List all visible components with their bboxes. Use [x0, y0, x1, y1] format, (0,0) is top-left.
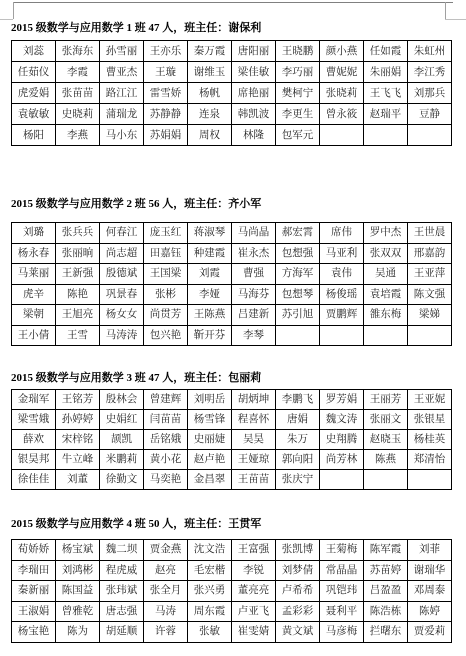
- student-name-cell: 李江秀: [408, 62, 452, 83]
- student-name-cell: 刘鸿彬: [56, 560, 100, 581]
- student-name-cell: 张敏: [188, 622, 232, 643]
- student-name-cell: 张玮斌: [100, 581, 144, 602]
- student-name-cell: 席艳丽: [232, 83, 276, 104]
- student-name-cell: 尚芳林: [320, 450, 364, 470]
- student-name-cell: 刘董: [56, 470, 100, 490]
- student-name-cell: 韩凯波: [232, 104, 276, 125]
- student-name-cell: 张苗苗: [56, 83, 100, 104]
- student-name-cell: 梁雪娥: [12, 410, 56, 430]
- student-name-cell: 唐娟: [276, 410, 320, 430]
- student-name-cell: 魏文涛: [320, 410, 364, 430]
- student-name-cell: 黄文斌: [276, 622, 320, 643]
- student-name-cell: 魏二坝: [100, 540, 144, 561]
- student-name-cell: 马涛: [144, 601, 188, 622]
- student-name-cell: [364, 325, 408, 346]
- student-name-cell: 虎辛: [12, 284, 56, 305]
- student-name-cell: 巩铠玮: [320, 581, 364, 602]
- student-name-cell: 刘蕊: [12, 41, 56, 62]
- student-name-cell: 朱万: [276, 430, 320, 450]
- student-name-cell: 卢亚飞: [232, 601, 276, 622]
- section-title: 2015 级数学与应用数学 1 班 47 人，班主任：谢保利: [11, 21, 452, 35]
- student-name-cell: 罗芳娟: [320, 390, 364, 410]
- student-name-cell: 陈为: [56, 622, 100, 643]
- table-row: 任茹仪李霞曹亚杰王璇谢维玉梁佳敏李巧丽曹妮妮朱丽娟李江秀: [12, 62, 452, 83]
- student-name-cell: 郝宏霄: [276, 223, 320, 244]
- student-name-cell: 王飞飞: [364, 83, 408, 104]
- student-name-cell: 包军元: [276, 125, 320, 146]
- student-name-cell: 贾金燕: [144, 540, 188, 561]
- student-name-cell: [408, 325, 452, 346]
- table-row: 虎辛陈艳巩景春张彬李娅马海芬包想琴杨俊瑶袁培霞陈文强: [12, 284, 452, 305]
- table-row: 杨宝艳陈为胡延顺许蓉张敏崔雯婧黄文斌马彦梅拦曙东贾爱莉: [12, 622, 452, 643]
- student-name-cell: 苏引旭: [276, 305, 320, 326]
- student-name-cell: 李琴: [232, 325, 276, 346]
- student-name-cell: 董亮亮: [232, 581, 276, 602]
- student-name-cell: 杨宝斌: [56, 540, 100, 561]
- student-name-cell: 尚贯芳: [144, 305, 188, 326]
- student-name-cell: 闫苗苗: [144, 410, 188, 430]
- student-name-cell: 雷雪娇: [144, 83, 188, 104]
- student-name-cell: 谢维玉: [188, 62, 232, 83]
- student-name-cell: 王陈燕: [188, 305, 232, 326]
- student-name-cell: 拦曙东: [364, 622, 408, 643]
- student-name-cell: 颉凯: [100, 430, 144, 450]
- student-name-cell: 程虎威: [100, 560, 144, 581]
- student-name-cell: 席伟: [320, 223, 364, 244]
- student-name-cell: 崔雯婧: [232, 622, 276, 643]
- student-name-cell: 胡延顺: [100, 622, 144, 643]
- student-name-cell: 陈婷: [408, 601, 452, 622]
- table-row: 虎爱娟张苗苗路江江雷雪娇杨帆席艳丽樊柯宁张晓莉王飞飞刘那兵: [12, 83, 452, 104]
- student-name-cell: 马海芬: [232, 284, 276, 305]
- student-name-cell: 张彬: [144, 284, 188, 305]
- table-row: 李瑞田刘鸿彬程虎威赵亮毛宏楷李锐刘梦倩常晶晶苏苗婷谢瑞华: [12, 560, 452, 581]
- student-name-cell: 唐志强: [100, 601, 144, 622]
- student-name-cell: 李瑞田: [12, 560, 56, 581]
- student-name-cell: 张海东: [56, 41, 100, 62]
- student-name-cell: 岳铭娥: [144, 430, 188, 450]
- student-name-cell: 杨雪锋: [188, 410, 232, 430]
- student-name-cell: 何春江: [100, 223, 144, 244]
- student-name-cell: 谢瑞华: [408, 560, 452, 581]
- student-name-cell: 马莱丽: [12, 264, 56, 285]
- student-name-cell: 史丽婕: [188, 430, 232, 450]
- student-name-cell: 史翔腾: [320, 430, 364, 450]
- section-title: 2015 级数学与应用数学 3 班 47 人，班主任：包丽莉: [11, 371, 452, 385]
- student-name-cell: 方海军: [276, 264, 320, 285]
- student-name-cell: 杨女女: [100, 305, 144, 326]
- student-name-cell: 王世晨: [408, 223, 452, 244]
- student-name-cell: 李更生: [276, 104, 320, 125]
- student-name-cell: 徐佳佳: [12, 470, 56, 490]
- student-name-cell: 樊柯宁: [276, 83, 320, 104]
- student-name-cell: 秦万霞: [188, 41, 232, 62]
- student-name-cell: 吕盈盈: [364, 581, 408, 602]
- student-name-cell: 虎爱娟: [12, 83, 56, 104]
- student-name-cell: 荀娇娇: [12, 540, 56, 561]
- student-name-cell: 朱虹州: [408, 41, 452, 62]
- page-frame-top: [13, 2, 453, 3]
- student-name-cell: 聂利平: [320, 601, 364, 622]
- student-name-cell: 王亚萍: [408, 264, 452, 285]
- table-row: 杨永春张丽晌尚志超田嘉钰种建霞崔永杰包想强马亚利张双双邢嘉韵: [12, 243, 452, 264]
- student-name-cell: 王晓鹏: [276, 41, 320, 62]
- student-name-cell: 田嘉钰: [144, 243, 188, 264]
- student-name-cell: [364, 125, 408, 146]
- class-section-4: 2015 级数学与应用数学 4 班 50 人，班主任：王贯军 荀娇娇杨宝斌魏二坝…: [11, 517, 452, 531]
- student-name-cell: 种建霞: [188, 243, 232, 264]
- student-name-cell: 王淑娟: [12, 601, 56, 622]
- student-name-cell: 金瑞军: [12, 390, 56, 410]
- student-name-cell: [408, 125, 452, 146]
- student-name-cell: 马亚利: [320, 243, 364, 264]
- student-name-cell: 张庆宁: [276, 470, 320, 490]
- student-name-cell: 米鹏莉: [100, 450, 144, 470]
- student-name-cell: 庞玉红: [144, 223, 188, 244]
- class-section-3: 2015 级数学与应用数学 3 班 47 人，班主任：包丽莉 金瑞军王铭芳殷林会…: [11, 371, 452, 385]
- student-name-cell: 包兴艳: [144, 325, 188, 346]
- table-row: 金瑞军王铭芳殷林会曾建辉刘明岳胡炳坤李鹏飞罗芳娟王丽芳王亚妮: [12, 390, 452, 410]
- page-frame-left: [13, 2, 14, 19]
- page-frame-left-mark: [0, 19, 13, 20]
- student-name-cell: 雒东梅: [364, 305, 408, 326]
- student-name-cell: 罗中杰: [364, 223, 408, 244]
- student-name-cell: 杨阳: [12, 125, 56, 146]
- student-name-cell: 卢希希: [276, 581, 320, 602]
- student-name-cell: 王娅琼: [232, 450, 276, 470]
- student-name-cell: 杨永春: [12, 243, 56, 264]
- student-name-cell: 王亚妮: [408, 390, 452, 410]
- student-name-cell: 梁娣: [408, 305, 452, 326]
- student-name-cell: 张双双: [364, 243, 408, 264]
- student-name-cell: 靳开芬: [188, 325, 232, 346]
- student-name-cell: 李锐: [232, 560, 276, 581]
- table-row: 银昊邦牛立峰米鹏莉黄小花赵卢艳王娅琼郭向阳尚芳林陈燕郑清怡: [12, 450, 452, 470]
- student-name-cell: 刘璐: [12, 223, 56, 244]
- student-name-cell: 崔永杰: [232, 243, 276, 264]
- student-name-cell: 殷德斌: [100, 264, 144, 285]
- student-name-cell: 张银星: [408, 410, 452, 430]
- student-name-cell: 王雪: [56, 325, 100, 346]
- student-name-cell: 颜小燕: [320, 41, 364, 62]
- student-name-cell: 程喜怀: [232, 410, 276, 430]
- student-name-cell: 赵卢艳: [188, 450, 232, 470]
- table-row: 王小倩王雪马涛涛包兴艳靳开芬李琴: [12, 325, 452, 346]
- table-row: 袁敏敏史晓莉蒲瑞龙苏静静连泉韩凯波李更生曾永筱赵瑞平豆静: [12, 104, 452, 125]
- student-name-cell: 曹亚杰: [100, 62, 144, 83]
- student-name-cell: 陈军霞: [364, 540, 408, 561]
- student-name-cell: 黄小花: [144, 450, 188, 470]
- student-name-cell: 贾鹏辉: [320, 305, 364, 326]
- student-name-cell: 周东霞: [188, 601, 232, 622]
- student-name-cell: 赵瑞平: [364, 104, 408, 125]
- student-name-cell: 刘霞: [188, 264, 232, 285]
- student-name-cell: 李鹏飞: [276, 390, 320, 410]
- student-name-cell: 秦新丽: [12, 581, 56, 602]
- student-name-cell: 李霞: [56, 62, 100, 83]
- student-name-cell: 陈文强: [408, 284, 452, 305]
- student-name-cell: [320, 325, 364, 346]
- student-name-cell: 李燕: [56, 125, 100, 146]
- student-name-cell: 王新强: [56, 264, 100, 285]
- student-name-cell: 豆静: [408, 104, 452, 125]
- table-row: 杨阳李燕马小东苏娟娟周权林隆包军元: [12, 125, 452, 146]
- student-name-cell: 郑清怡: [408, 450, 452, 470]
- student-name-cell: 银昊邦: [12, 450, 56, 470]
- student-name-cell: 金昌翠: [188, 470, 232, 490]
- student-name-cell: 王旭亮: [56, 305, 100, 326]
- table-row: 秦新丽陈国益张玮斌张全月张兴勇董亮亮卢希希巩铠玮吕盈盈邓周泰: [12, 581, 452, 602]
- student-name-cell: 吕建新: [232, 305, 276, 326]
- table-row: 薛欢宋梓铭颉凯岳铭娥史丽婕吴昊朱万史翔腾赵晓玉杨桂英: [12, 430, 452, 450]
- student-name-cell: 马奕艳: [144, 470, 188, 490]
- student-name-cell: 任如霞: [364, 41, 408, 62]
- student-name-cell: 王富强: [232, 540, 276, 561]
- student-name-cell: 薛欢: [12, 430, 56, 450]
- student-name-cell: 袁伟: [320, 264, 364, 285]
- student-name-cell: 宋梓铭: [56, 430, 100, 450]
- section-title: 2015 级数学与应用数学 2 班 56 人，班主任：齐小军: [11, 197, 452, 211]
- student-name-cell: 朱丽娟: [364, 62, 408, 83]
- student-name-cell: 马彦梅: [320, 622, 364, 643]
- student-name-cell: 史娟红: [100, 410, 144, 430]
- table-row: 刘璐张兵兵何春江庞玉红蒋淑琴马尚晶郝宏霄席伟罗中杰王世晨: [12, 223, 452, 244]
- student-name-cell: 路江江: [100, 83, 144, 104]
- student-name-cell: 吴通: [364, 264, 408, 285]
- student-name-cell: 陈浩栋: [364, 601, 408, 622]
- student-name-cell: 李娅: [188, 284, 232, 305]
- student-name-cell: 杨桂英: [408, 430, 452, 450]
- student-name-cell: 郭向阳: [276, 450, 320, 470]
- student-name-cell: 梁朝: [12, 305, 56, 326]
- student-name-cell: 包想强: [276, 243, 320, 264]
- student-name-cell: 王国梁: [144, 264, 188, 285]
- student-name-cell: 陈燕: [364, 450, 408, 470]
- student-name-cell: 张凯博: [276, 540, 320, 561]
- student-name-cell: 张兵兵: [56, 223, 100, 244]
- student-name-cell: 邢嘉韵: [408, 243, 452, 264]
- student-name-cell: 周权: [188, 125, 232, 146]
- table-row: 梁雪娥孙婷婷史娟红闫苗苗杨雪锋程喜怀唐娟魏文涛张丽文张银星: [12, 410, 452, 430]
- roster-table: 刘璐张兵兵何春江庞玉红蒋淑琴马尚晶郝宏霄席伟罗中杰王世晨杨永春张丽晌尚志超田嘉钰…: [11, 222, 452, 346]
- student-name-cell: 王丽芳: [364, 390, 408, 410]
- student-name-cell: 巩景春: [100, 284, 144, 305]
- student-name-cell: 刘梦倩: [276, 560, 320, 581]
- student-name-cell: 梁佳敏: [232, 62, 276, 83]
- student-name-cell: 曾建辉: [144, 390, 188, 410]
- student-name-cell: 任茹仪: [12, 62, 56, 83]
- student-name-cell: 殷林会: [100, 390, 144, 410]
- roster-table: 刘蕊张海东孙雪丽王亦乐秦万霞唐阳丽王晓鹏颜小燕任如霞朱虹州任茹仪李霞曹亚杰王璇谢…: [11, 40, 452, 146]
- student-name-cell: 苏静静: [144, 104, 188, 125]
- student-name-cell: 连泉: [188, 104, 232, 125]
- student-name-cell: 常晶晶: [320, 560, 364, 581]
- roster-table: 金瑞军王铭芳殷林会曾建辉刘明岳胡炳坤李鹏飞罗芳娟王丽芳王亚妮梁雪娥孙婷婷史娟红闫…: [11, 389, 452, 490]
- student-name-cell: 张丽文: [364, 410, 408, 430]
- student-name-cell: 张晓莉: [320, 83, 364, 104]
- student-name-cell: 曹妮妮: [320, 62, 364, 83]
- table-row: 刘蕊张海东孙雪丽王亦乐秦万霞唐阳丽王晓鹏颜小燕任如霞朱虹州: [12, 41, 452, 62]
- roster-table: 荀娇娇杨宝斌魏二坝贾金燕沈文浩王富强张凯博王菊梅陈军霞刘菲李瑞田刘鸿彬程虎威赵亮…: [11, 539, 452, 643]
- table-row: 徐佳佳刘董徐勤文马奕艳金昌翠王苗苗张庆宁: [12, 470, 452, 490]
- student-name-cell: 赵亮: [144, 560, 188, 581]
- student-name-cell: [364, 470, 408, 490]
- student-name-cell: [408, 470, 452, 490]
- student-name-cell: 邓周泰: [408, 581, 452, 602]
- student-name-cell: 马涛涛: [100, 325, 144, 346]
- student-name-cell: 陈艳: [56, 284, 100, 305]
- student-name-cell: 王璇: [144, 62, 188, 83]
- table-row: 梁朝王旭亮杨女女尚贯芳王陈燕吕建新苏引旭贾鹏辉雒东梅梁娣: [12, 305, 452, 326]
- student-name-cell: 许蓉: [144, 622, 188, 643]
- table-row: 马莱丽王新强殷德斌王国梁刘霞曹强方海军袁伟吴通王亚萍: [12, 264, 452, 285]
- student-name-cell: 曹强: [232, 264, 276, 285]
- student-name-cell: 马尚晶: [232, 223, 276, 244]
- student-name-cell: 牛立峰: [56, 450, 100, 470]
- student-name-cell: 李巧丽: [276, 62, 320, 83]
- student-name-cell: 张全月: [144, 581, 188, 602]
- student-name-cell: 蒲瑞龙: [100, 104, 144, 125]
- student-name-cell: 杨俊瑶: [320, 284, 364, 305]
- student-name-cell: 陈国益: [56, 581, 100, 602]
- student-name-cell: 杨宝艳: [12, 622, 56, 643]
- student-name-cell: 袁培霞: [364, 284, 408, 305]
- class-section-2: 2015 级数学与应用数学 2 班 56 人，班主任：齐小军 刘璐张兵兵何春江庞…: [11, 197, 452, 211]
- student-name-cell: [320, 470, 364, 490]
- student-name-cell: 尚志超: [100, 243, 144, 264]
- student-name-cell: 王菊梅: [320, 540, 364, 561]
- student-name-cell: 林隆: [232, 125, 276, 146]
- student-name-cell: 贾爱莉: [408, 622, 452, 643]
- student-name-cell: 刘菲: [408, 540, 452, 561]
- section-title: 2015 级数学与应用数学 4 班 50 人，班主任：王贯军: [11, 517, 452, 531]
- student-name-cell: 蒋淑琴: [188, 223, 232, 244]
- student-name-cell: [276, 325, 320, 346]
- student-name-cell: 吴昊: [232, 430, 276, 450]
- page-frame-right-mark: [445, 19, 466, 20]
- class-section-1: 2015 级数学与应用数学 1 班 47 人，班主任：谢保利 刘蕊张海东孙雪丽王…: [11, 21, 452, 35]
- student-name-cell: 张丽晌: [56, 243, 100, 264]
- student-name-cell: 刘明岳: [188, 390, 232, 410]
- student-name-cell: 王亦乐: [144, 41, 188, 62]
- student-name-cell: 唐阳丽: [232, 41, 276, 62]
- student-name-cell: 赵晓玉: [364, 430, 408, 450]
- student-name-cell: 杨帆: [188, 83, 232, 104]
- student-name-cell: 孙雪丽: [100, 41, 144, 62]
- page-frame-right: [445, 2, 446, 19]
- student-name-cell: 毛宏楷: [188, 560, 232, 581]
- student-name-cell: 曾永筱: [320, 104, 364, 125]
- student-name-cell: 孟彩彩: [276, 601, 320, 622]
- student-name-cell: 袁敏敏: [12, 104, 56, 125]
- student-name-cell: 沈文浩: [188, 540, 232, 561]
- student-name-cell: 苏苗婷: [364, 560, 408, 581]
- student-name-cell: 苏娟娟: [144, 125, 188, 146]
- student-name-cell: 胡炳坤: [232, 390, 276, 410]
- student-name-cell: 王铭芳: [56, 390, 100, 410]
- student-name-cell: 孙婷婷: [56, 410, 100, 430]
- student-name-cell: 王苗苗: [232, 470, 276, 490]
- student-name-cell: 包想琴: [276, 284, 320, 305]
- student-name-cell: 王小倩: [12, 325, 56, 346]
- student-name-cell: 马小东: [100, 125, 144, 146]
- student-name-cell: 张兴勇: [188, 581, 232, 602]
- student-name-cell: 徐勤文: [100, 470, 144, 490]
- student-name-cell: [320, 125, 364, 146]
- student-name-cell: 史晓莉: [56, 104, 100, 125]
- table-row: 荀娇娇杨宝斌魏二坝贾金燕沈文浩王富强张凯博王菊梅陈军霞刘菲: [12, 540, 452, 561]
- student-name-cell: 曾雅乾: [56, 601, 100, 622]
- table-row: 王淑娟曾雅乾唐志强马涛周东霞卢亚飞孟彩彩聂利平陈浩栋陈婷: [12, 601, 452, 622]
- student-name-cell: 刘那兵: [408, 83, 452, 104]
